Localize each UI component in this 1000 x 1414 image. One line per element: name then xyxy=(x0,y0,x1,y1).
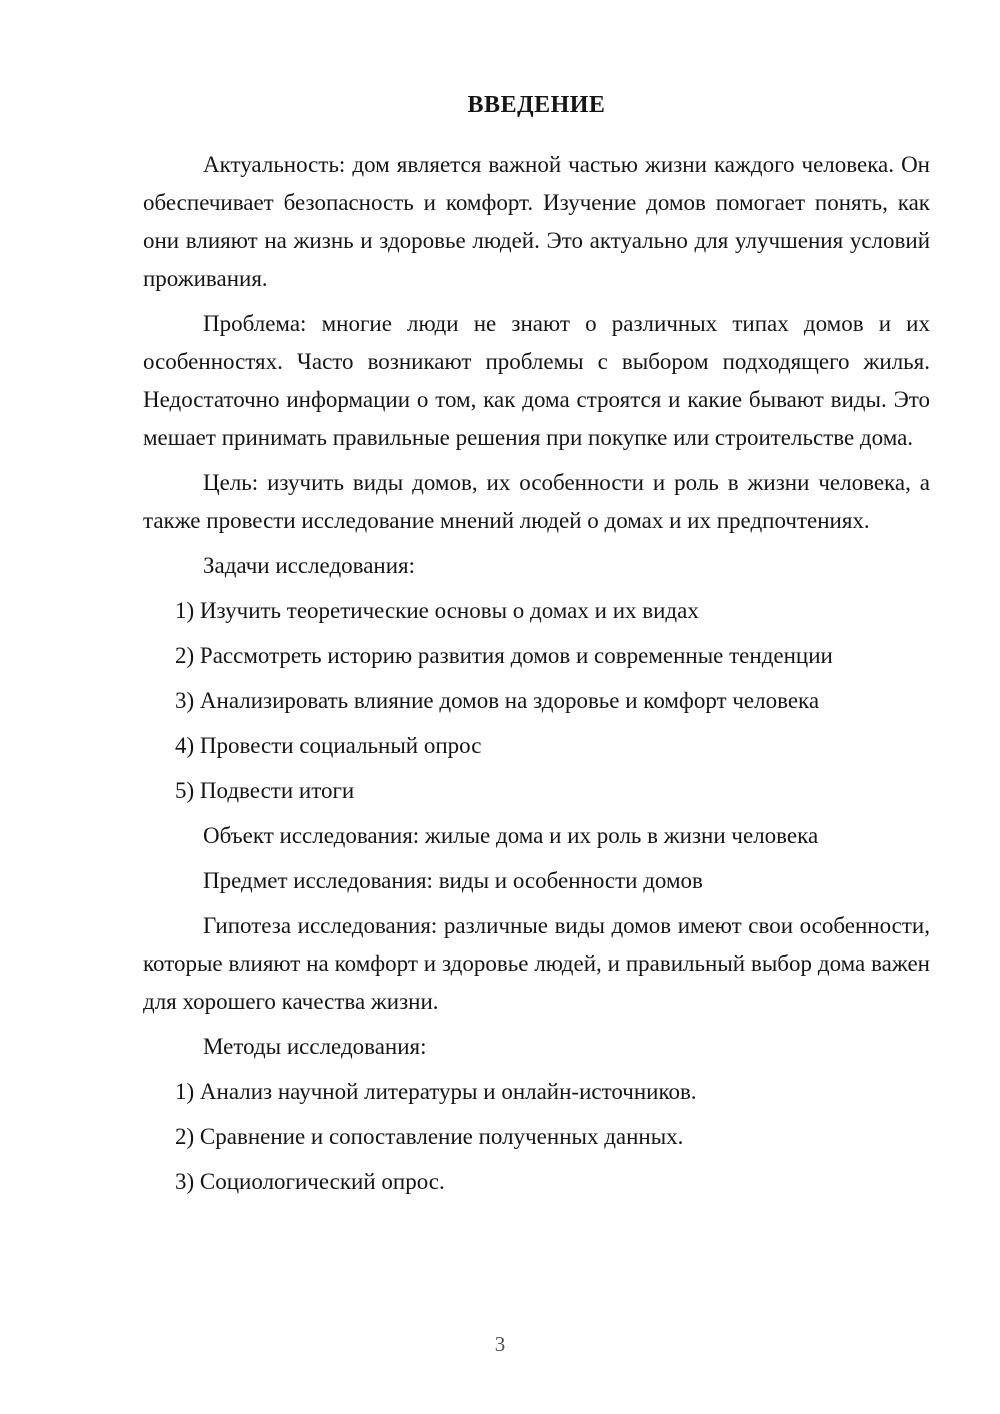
task-item-3: 3) Анализировать влияние домов на здоров… xyxy=(175,682,930,720)
methods-heading: Методы исследования: xyxy=(143,1028,930,1066)
task-item-2: 2) Рассмотреть историю развития домов и … xyxy=(175,637,930,675)
paragraph-object: Объект исследования: жилые дома и их рол… xyxy=(143,817,930,855)
paragraph-relevance: Актуальность: дом является важной частью… xyxy=(143,146,930,298)
task-item-1: 1) Изучить теоретические основы о домах … xyxy=(175,592,930,630)
paragraph-hypothesis: Гипотеза исследования: различные виды до… xyxy=(143,907,930,1021)
document-page: ВВЕДЕНИЕ Актуальность: дом является важн… xyxy=(0,0,1000,1414)
page-number: 3 xyxy=(0,1332,1000,1356)
section-title: ВВЕДЕНИЕ xyxy=(143,86,930,124)
method-item-1: 1) Анализ научной литературы и онлайн-ис… xyxy=(175,1073,930,1111)
method-item-2: 2) Сравнение и сопоставление полученных … xyxy=(175,1118,930,1156)
paragraph-goal: Цель: изучить виды домов, их особенности… xyxy=(143,464,930,540)
paragraph-problem: Проблема: многие люди не знают о различн… xyxy=(143,305,930,457)
task-item-4: 4) Провести социальный опрос xyxy=(175,727,930,765)
method-item-3: 3) Социологический опрос. xyxy=(175,1163,930,1201)
paragraph-subject: Предмет исследования: виды и особенности… xyxy=(143,862,930,900)
task-item-5: 5) Подвести итоги xyxy=(175,772,930,810)
tasks-heading: Задачи исследования: xyxy=(143,547,930,585)
